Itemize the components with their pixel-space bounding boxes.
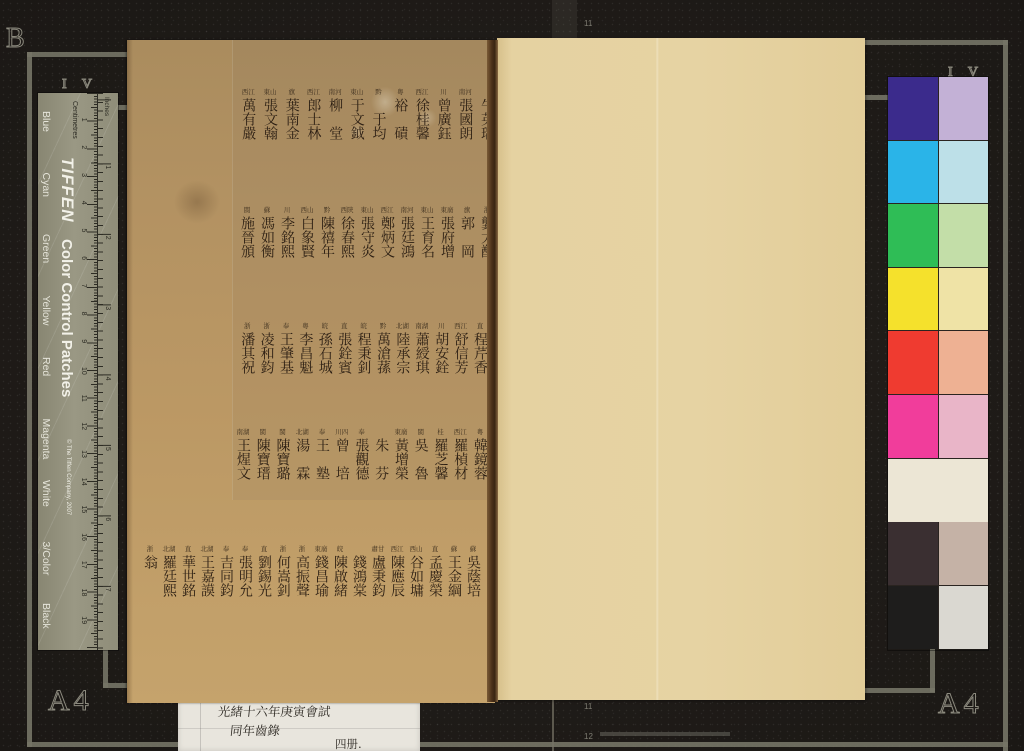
entry-province: 山西 [410, 545, 423, 554]
entry-province: 閩 [244, 206, 251, 215]
color-patch-tint [939, 77, 989, 140]
color-patch-row [888, 141, 988, 205]
register-entry: 皖 陳啟緒 [331, 545, 349, 597]
entry-name: 施晉頒 [239, 216, 255, 258]
entry-province: 蘇 [470, 545, 477, 554]
entry-province: 奉 [283, 322, 290, 331]
register-entry: 粵 李昌魁 [296, 322, 314, 374]
color-patch-chart [888, 77, 988, 650]
copy-stand-board: B A4 A4 I V I V 11 11 12 1234567 1234567… [0, 0, 1024, 751]
entry-name: 于均 [371, 98, 387, 140]
patch-name-label: Green [40, 234, 52, 263]
entry-name: 陳啟緒 [332, 555, 348, 597]
entry-name: 李昌魁 [297, 332, 313, 374]
color-patch-saturated [888, 459, 939, 522]
entry-province: 直 [185, 545, 192, 554]
scale-line-bottom [552, 700, 554, 751]
register-entry: 直 華世銘 [179, 545, 197, 597]
register-row: 粵 韓鏡蓉 江西 羅楨材 桂 羅芝馨 [127, 428, 495, 488]
register-row: 牛英瑞 河南 張國朗 川 曾廣鈺 [127, 88, 495, 148]
entry-province: 江西 [415, 88, 428, 97]
entry-name: 于文鉞 [349, 98, 365, 140]
register-entry: 川 曾廣鈺 [435, 88, 453, 140]
register-entry: 山東 張守炎 [358, 206, 376, 258]
entry-name: 胡安銓 [433, 332, 449, 374]
frame-line-outer-right [1003, 40, 1008, 751]
entry-name: 錢鴻棠 [351, 555, 367, 597]
entry-name: 盧秉鈞 [370, 555, 386, 597]
entry-name: 凌和鈞 [259, 332, 275, 374]
register-entry: 直 張銓賓 [335, 322, 353, 374]
register-row: 蘇 吳蔭培 蘇 王金綱 直 孟慶榮 [127, 545, 495, 605]
entry-name: 王 塾 [314, 438, 330, 480]
color-patch-saturated [888, 268, 939, 331]
entry-name: 柳 堂 [327, 98, 343, 140]
color-patch-saturated [888, 331, 939, 394]
patch-name-label: Yellow [40, 296, 52, 326]
register-entry: 江西 郎士林 [304, 88, 322, 140]
entry-name: 羅廷熙 [161, 555, 177, 597]
entry-province: 江西 [381, 206, 394, 215]
entry-name: 曾 培 [334, 438, 350, 480]
entry-name: 徐春熙 [339, 216, 355, 258]
register-entry: 奉 王 塾 [313, 428, 331, 480]
frame-line-outer-bottom [27, 742, 1008, 747]
entry-province: 黔 [380, 322, 387, 331]
color-patch-row [888, 331, 988, 395]
color-patch-saturated [888, 141, 939, 204]
entry-name: 羅楨材 [452, 438, 468, 480]
register-entry: 直 劉錫光 [255, 545, 273, 597]
entry-name: 華世銘 [180, 555, 196, 597]
entry-province: 旗 [464, 206, 471, 215]
register-entry: 湖北 王嘉謨 [198, 545, 216, 597]
entry-province: 直 [261, 545, 268, 554]
color-patch-saturated [888, 77, 939, 140]
register-entry: 江西 陳應辰 [388, 545, 406, 597]
color-patch-row [888, 204, 988, 268]
register-entry: 江西 羅楨材 [451, 428, 469, 480]
entry-province: 浙 [280, 545, 287, 554]
register-entry: 旗 郭 岡 [458, 206, 476, 258]
entry-province: 皖 [337, 545, 344, 554]
tiffen-color-control-strip: 1234567 12345678910111213141516171819 In… [38, 93, 118, 650]
entry-name: 王煋文 [235, 438, 251, 480]
entry-name: 徐桂馨 [414, 98, 430, 140]
board-scale-number-top: 11 [584, 20, 592, 28]
entry-name: 葉南金 [284, 98, 300, 140]
board-scale-number: 11 [584, 703, 592, 711]
register-entry: 江西 鄭炳文 [378, 206, 396, 258]
register-row-entries: 牛英瑞 河南 張國朗 川 曾廣鈺 [127, 88, 495, 148]
color-patch-tint [939, 331, 989, 394]
entry-province: 粵 [477, 428, 484, 437]
patch-name-label: 3/Color [40, 542, 52, 576]
entry-name: 湯 霖 [294, 438, 310, 480]
register-entry: 河南 張國朗 [456, 88, 474, 140]
register-entry: 浙 何嵩釗 [274, 545, 292, 597]
patch-name-label: Cyan [40, 173, 52, 198]
entry-name: 張廷鴻 [399, 216, 415, 258]
entry-province: 浙 [299, 545, 306, 554]
entry-name: 翁 [142, 555, 158, 583]
register-entry: 湖北 羅廷熙 [160, 545, 178, 597]
entry-name: 張國朗 [457, 98, 473, 140]
entry-province: 湖北 [163, 545, 176, 554]
entry-province: 閩 [279, 428, 286, 437]
color-patch-saturated [888, 586, 939, 650]
register-entry: 川 李銘熙 [278, 206, 296, 258]
entry-province: 河南 [401, 206, 414, 215]
entry-province: 黔 [324, 206, 331, 215]
register-entry: 蘇 王金綱 [445, 545, 463, 597]
entry-name: 蕭綬琪 [414, 332, 430, 374]
entry-province: 河南 [329, 88, 342, 97]
entry-province: 旗 [288, 88, 295, 97]
entry-province: 桂 [437, 428, 444, 437]
entry-name: 王嘉謨 [199, 555, 215, 597]
color-patch-saturated [888, 522, 939, 585]
entry-province: 廣東 [315, 545, 328, 554]
register-entry: 江西 舒信芳 [452, 322, 470, 374]
register-entry: 黔 萬滄蓀 [374, 322, 392, 374]
entry-name: 孟慶榮 [427, 555, 443, 597]
register-entry: 山東 王育名 [418, 206, 436, 258]
entry-name: 王金綱 [446, 555, 462, 597]
entry-province: 粵 [397, 88, 404, 97]
color-patch-tint [939, 141, 989, 204]
entry-name: 馮如衡 [259, 216, 275, 258]
entry-province: 奉 [242, 545, 249, 554]
entry-province: 甘肅 [372, 545, 385, 554]
patch-name-label: Blue [40, 111, 52, 132]
entry-province: 川 [438, 322, 445, 331]
entry-province: 河南 [459, 88, 472, 97]
color-patch-tint [939, 268, 989, 331]
register-entry: 朱 芬 [372, 428, 390, 480]
register-entry: 黔 陳禧年 [318, 206, 336, 258]
color-patch-tint [939, 395, 989, 458]
entry-province: 浙 [263, 322, 270, 331]
register-entry: 蘇 馮如衡 [258, 206, 276, 258]
color-patch-row [888, 586, 988, 650]
color-patch-row [888, 268, 988, 332]
entry-province: 粵 [302, 322, 309, 331]
entry-name: 陸承宗 [394, 332, 410, 374]
entry-name: 陳禧年 [319, 216, 335, 258]
register-entry: 浙 潘其祝 [238, 322, 256, 374]
entry-name: 程秉釗 [356, 332, 372, 374]
entry-province: 閩 [260, 428, 267, 437]
entry-name: 吉同鈞 [218, 555, 234, 597]
entry-province: 黔 [375, 88, 382, 97]
entry-name: 舒信芳 [453, 332, 469, 374]
board-grid-letter: B [6, 25, 25, 53]
entry-province: 湖南 [415, 322, 428, 331]
entry-name: 吳 魯 [413, 438, 429, 480]
entry-name: 張文翰 [262, 98, 278, 140]
entry-name: 王肇基 [278, 332, 294, 374]
frame-line-inner-bottom-left [103, 683, 128, 688]
frame-line-outer-top-right [858, 40, 1008, 45]
entry-province: 浙 [147, 545, 154, 554]
entry-province: 江西 [391, 545, 404, 554]
register-entry: 湖北 陸承宗 [393, 322, 411, 374]
register-row-entries: 浙 龔大猷 旗 郭 岡 廣東 張府增 [127, 206, 495, 266]
entry-province: 浙 [244, 322, 251, 331]
register-entry: 江西 萬有嚴 [239, 88, 257, 140]
patch-name-label: White [40, 480, 52, 507]
strip-content: 1234567 12345678910111213141516171819 In… [38, 93, 118, 650]
entry-name: 錢昌瑜 [313, 555, 329, 597]
register-entry: 蘇 吳蔭培 [464, 545, 482, 597]
register-entry: 閩 施晉頒 [238, 206, 256, 258]
entry-province: 廣東 [441, 206, 454, 215]
entry-province: 直 [341, 322, 348, 331]
entry-name: 張府增 [439, 216, 455, 258]
entry-name: 萬有嚴 [240, 98, 256, 140]
entry-province: 山東 [421, 206, 434, 215]
entry-province: 陝西 [341, 206, 354, 215]
register-entry: 山西 谷如墉 [407, 545, 425, 597]
register-entry: 甘肅 盧秉鈞 [369, 545, 387, 597]
register-entry: 廣東 張府增 [438, 206, 456, 258]
register-entry: 湖南 蕭綬琪 [413, 322, 431, 374]
slip-line-rule [178, 728, 420, 729]
entry-name: 黃增榮 [393, 438, 409, 480]
entry-name: 張銓賓 [336, 332, 352, 374]
entry-name: 陳應辰 [389, 555, 405, 597]
entry-province: 皖 [360, 322, 367, 331]
register-entry: 山西 白象賢 [298, 206, 316, 258]
register-entry: 浙 高振聲 [293, 545, 311, 597]
patch-name-list: BlueCyanGreenYellowRedMagentaWhite3/Colo… [38, 93, 118, 650]
register-entry: 皖 程秉釗 [355, 322, 373, 374]
entry-name: 朱 芬 [373, 438, 389, 480]
slip-title-line-1: 光緒十六年庚寅會試 [217, 702, 331, 720]
register-entry: 奉 吉同鈞 [217, 545, 235, 597]
entry-name: 孫石城 [317, 332, 333, 374]
entry-name: 鄭炳文 [379, 216, 395, 258]
entry-province: 湖北 [396, 322, 409, 331]
board-roman-mark-left: I V [62, 78, 98, 92]
color-patch-tint [939, 459, 989, 522]
register-entry: 陝西 徐春熙 [338, 206, 356, 258]
register-entry: 湖北 湯 霖 [293, 428, 311, 480]
register-entry: 閩 陳寶瑨 [254, 428, 272, 480]
book-gutter [487, 40, 498, 702]
entry-province: 奉 [358, 428, 365, 437]
entry-name: 谷如墉 [408, 555, 424, 597]
register-entry: 廣東 黃增榮 [392, 428, 410, 480]
register-row: 直 程芹香 江西 舒信芳 川 胡安銓 [127, 322, 495, 382]
entry-name: 張觀德 [354, 438, 370, 480]
register-entry: 粵 裕 磧 [391, 88, 409, 140]
entry-province: 奉 [319, 428, 326, 437]
entry-name: 郎士林 [305, 98, 321, 140]
color-patch-saturated [888, 204, 939, 267]
register-entry: 浙 翁 [141, 545, 159, 583]
register-entry: 浙 凌和鈞 [258, 322, 276, 374]
book-left-page: 牛英瑞 河南 張國朗 川 曾廣鈺 [127, 40, 495, 703]
entry-name: 高振聲 [294, 555, 310, 597]
entry-province: 蘇 [451, 545, 458, 554]
entry-name: 陳寶璐 [275, 438, 291, 480]
scale-band-top [552, 0, 577, 38]
register-entry: 旗 葉南金 [283, 88, 301, 140]
register-entry: 四川 曾 培 [333, 428, 351, 480]
register-entry: 閩 吳 魯 [412, 428, 430, 480]
register-entry: 奉 張觀德 [353, 428, 371, 480]
frame-line-inner-bottom-right [865, 688, 935, 693]
entry-name: 程芹香 [472, 332, 488, 374]
register-entry: 閩 陳寶璐 [274, 428, 292, 480]
board-sheet-size-right: A4 [938, 689, 983, 719]
register-entry: 山東 張文翰 [261, 88, 279, 140]
patch-name-label: Red [40, 357, 52, 376]
color-patch-row [888, 459, 988, 523]
slip-title-line-2: 同年齒錄 [229, 721, 281, 739]
register-entry: 皖 孫石城 [316, 322, 334, 374]
register-row-entries: 直 程芹香 江西 舒信芳 川 胡安銓 [127, 322, 495, 382]
color-patch-row [888, 395, 988, 459]
entry-province: 川 [440, 88, 447, 97]
entry-name: 郭 岡 [459, 216, 475, 258]
entry-name: 王育名 [419, 216, 435, 258]
entry-province: 皖 [322, 322, 329, 331]
entry-province: 奉 [223, 545, 230, 554]
entry-name: 張守炎 [359, 216, 375, 258]
color-patch-tint [939, 204, 989, 267]
register-entry: 錢鴻棠 [350, 545, 368, 597]
color-patch-row [888, 522, 988, 586]
entry-name: 白象賢 [299, 216, 315, 258]
entry-province: 山西 [301, 206, 314, 215]
register-entry: 河南 張廷鴻 [398, 206, 416, 258]
register-entry: 山東 于文鉞 [348, 88, 366, 140]
entry-name: 吳蔭培 [465, 555, 481, 597]
entry-province: 江西 [454, 322, 467, 331]
entry-name: 萬滄蓀 [375, 332, 391, 374]
entry-name: 劉錫光 [256, 555, 272, 597]
color-patch-row [888, 77, 988, 141]
name-register: 牛英瑞 河南 張國朗 川 曾廣鈺 [127, 40, 495, 703]
patch-name-label: Black [40, 603, 52, 629]
entry-name: 羅芝馨 [433, 438, 449, 480]
entry-province: 直 [432, 545, 439, 554]
entry-province: 江西 [307, 88, 320, 97]
register-entry: 河南 柳 堂 [326, 88, 344, 140]
entry-province: 山東 [361, 206, 374, 215]
entry-province: 湖南 [237, 428, 250, 437]
entry-province: 川 [284, 206, 291, 215]
register-row-entries: 粵 韓鏡蓉 江西 羅楨材 桂 羅芝馨 [127, 428, 495, 488]
book-right-page-blank [497, 38, 865, 700]
register-row-entries: 蘇 吳蔭培 蘇 王金綱 直 孟慶榮 [127, 545, 495, 605]
entry-province: 江西 [454, 428, 467, 437]
entry-province: 湖北 [296, 428, 309, 437]
register-entry: 奉 王肇基 [277, 322, 295, 374]
entry-name: 何嵩釗 [275, 555, 291, 597]
entry-province: 廣東 [395, 428, 408, 437]
entry-name: 曾廣鈺 [436, 98, 452, 140]
frame-line-outer-top-left [27, 52, 129, 57]
entry-province: 山東 [350, 88, 363, 97]
entry-name: 潘其祝 [239, 332, 255, 374]
scale-band-bottom [600, 732, 730, 736]
entry-name: 李銘熙 [279, 216, 295, 258]
register-entry: 奉 張明允 [236, 545, 254, 597]
entry-province: 閩 [418, 428, 425, 437]
board-scale-number: 12 [584, 733, 593, 741]
patch-name-label: Magenta [40, 419, 52, 460]
frame-line-outer-left [27, 52, 32, 747]
entry-name: 韓鏡蓉 [472, 438, 488, 480]
register-entry: 江西 徐桂馨 [413, 88, 431, 140]
color-patch-tint [939, 586, 989, 650]
entry-name: 張明允 [237, 555, 253, 597]
entry-province: 直 [477, 322, 484, 331]
register-entry: 湖南 王煋文 [234, 428, 252, 480]
entry-province: 江西 [242, 88, 255, 97]
entry-province: 山東 [264, 88, 277, 97]
register-entry: 川 胡安銓 [432, 322, 450, 374]
entry-province: 湖北 [201, 545, 214, 554]
entry-province: 四川 [335, 428, 348, 437]
register-entry: 直 孟慶榮 [426, 545, 444, 597]
register-row: 浙 龔大猷 旗 郭 岡 廣東 張府增 [127, 206, 495, 266]
color-patch-saturated [888, 395, 939, 458]
board-sheet-size-left: A4 [48, 686, 93, 716]
register-entry: 黔 于均 [370, 88, 388, 140]
entry-province: 蘇 [264, 206, 271, 215]
slip-volume-count: 四册. [335, 736, 362, 751]
entry-name: 陳寶瑨 [255, 438, 271, 480]
register-entry: 廣東 錢昌瑜 [312, 545, 330, 597]
color-patch-tint [939, 522, 989, 585]
entry-name: 裕 磧 [392, 98, 408, 140]
register-entry: 桂 羅芝馨 [432, 428, 450, 480]
